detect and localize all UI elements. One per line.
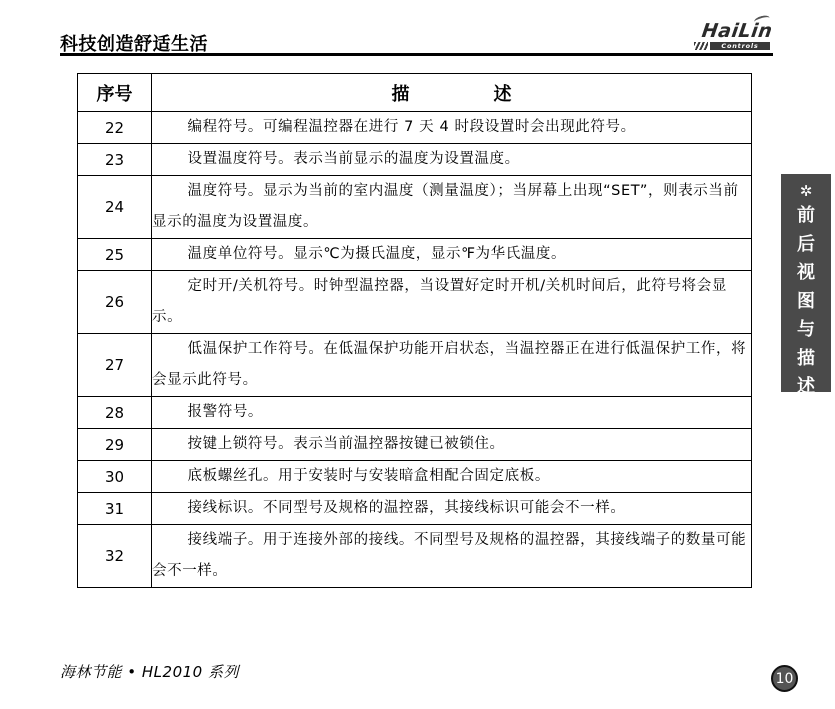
row-number: 26 — [78, 271, 152, 334]
table-header-row: 序号 描述 — [78, 74, 752, 112]
table-row: 22 编程符号。可编程温控器在进行 7 天 4 时段设置时会出现此符号。 — [78, 112, 752, 144]
row-description: 接线标识。不同型号及规格的温控器，其接线标识可能会不一样。 — [152, 493, 752, 525]
row-description: 底板螺丝孔。用于安装时与安装暗盒相配合固定底板。 — [152, 461, 752, 493]
table-row: 27 低温保护工作符号。在低温保护功能开启状态，当温控器正在进行低温保护工作，将… — [78, 334, 752, 397]
row-number: 32 — [78, 525, 152, 588]
row-number: 31 — [78, 493, 152, 525]
row-description: 温度单位符号。显示℃为摄氏温度，显示℉为华氏温度。 — [152, 239, 752, 271]
row-description: 按键上锁符号。表示当前温控器按键已被锁住。 — [152, 429, 752, 461]
row-description: 温度符号。显示为当前的室内温度（测量温度）；当屏幕上出现“SET”，则表示当前显… — [152, 176, 752, 239]
column-header-description: 描述 — [152, 74, 752, 112]
row-number: 25 — [78, 239, 152, 271]
row-description: 编程符号。可编程温控器在进行 7 天 4 时段设置时会出现此符号。 — [152, 112, 752, 144]
row-number: 22 — [78, 112, 152, 144]
row-number: 24 — [78, 176, 152, 239]
logo-sub-bar: Controls — [694, 42, 772, 50]
column-header-word-2: 述 — [494, 80, 512, 106]
row-number: 29 — [78, 429, 152, 461]
side-tab-char: 描 — [797, 345, 815, 374]
symbol-description-table: 序号 描述 22 编程符号。可编程温控器在进行 7 天 4 时段设置时会出现此符… — [77, 73, 752, 588]
table-row: 25 温度单位符号。显示℃为摄氏温度，显示℉为华氏温度。 — [78, 239, 752, 271]
logo-main-text: HaiLin — [700, 20, 773, 42]
table-row: 30 底板螺丝孔。用于安装时与安装暗盒相配合固定底板。 — [78, 461, 752, 493]
hailin-logo: HaiLin Controls — [694, 20, 774, 52]
row-number: 30 — [78, 461, 152, 493]
row-description: 设置温度符号。表示当前显示的温度为设置温度。 — [152, 144, 752, 176]
side-tab-char: 前 — [797, 202, 815, 231]
logo-stripes-icon — [694, 42, 708, 50]
row-description: 低温保护工作符号。在低温保护功能开启状态，当温控器正在进行低温保护工作，将会显示… — [152, 334, 752, 397]
row-number: 27 — [78, 334, 152, 397]
column-header-number: 序号 — [78, 74, 152, 112]
row-description: 定时开/关机符号。时钟型温控器，当设置好定时开机/关机时间后，此符号将会显示。 — [152, 271, 752, 334]
side-tab-char: 与 — [797, 316, 815, 345]
section-side-tab[interactable]: ✲ 前 后 视 图 与 描 述 — [781, 174, 831, 392]
side-tab-char: 视 — [797, 259, 815, 288]
row-number: 28 — [78, 397, 152, 429]
table-row: 24 温度符号。显示为当前的室内温度（测量温度）；当屏幕上出现“SET”，则表示… — [78, 176, 752, 239]
side-tab-char: 述 — [797, 373, 815, 402]
column-header-word-1: 描 — [392, 80, 410, 106]
page-number-badge: 10 — [771, 665, 798, 692]
side-tab-char: 后 — [797, 231, 815, 260]
footer-series-text: 海林节能 • HL2010 系列 — [60, 661, 239, 682]
table-row: 31 接线标识。不同型号及规格的温控器，其接线标识可能会不一样。 — [78, 493, 752, 525]
side-tab-char: 图 — [797, 288, 815, 317]
table-row: 29 按键上锁符号。表示当前温控器按键已被锁住。 — [78, 429, 752, 461]
gear-icon: ✲ — [800, 182, 813, 200]
row-description: 接线端子。用于连接外部的接线。不同型号及规格的温控器，其接线端子的数量可能会不一… — [152, 525, 752, 588]
row-number: 23 — [78, 144, 152, 176]
table-row: 28 报警符号。 — [78, 397, 752, 429]
table-row: 26 定时开/关机符号。时钟型温控器，当设置好定时开机/关机时间后，此符号将会显… — [78, 271, 752, 334]
table-row: 32 接线端子。用于连接外部的接线。不同型号及规格的温控器，其接线端子的数量可能… — [78, 525, 752, 588]
logo-sub-text: Controls — [710, 42, 770, 50]
table-row: 23 设置温度符号。表示当前显示的温度为设置温度。 — [78, 144, 752, 176]
header-rule — [60, 53, 773, 56]
row-description: 报警符号。 — [152, 397, 752, 429]
